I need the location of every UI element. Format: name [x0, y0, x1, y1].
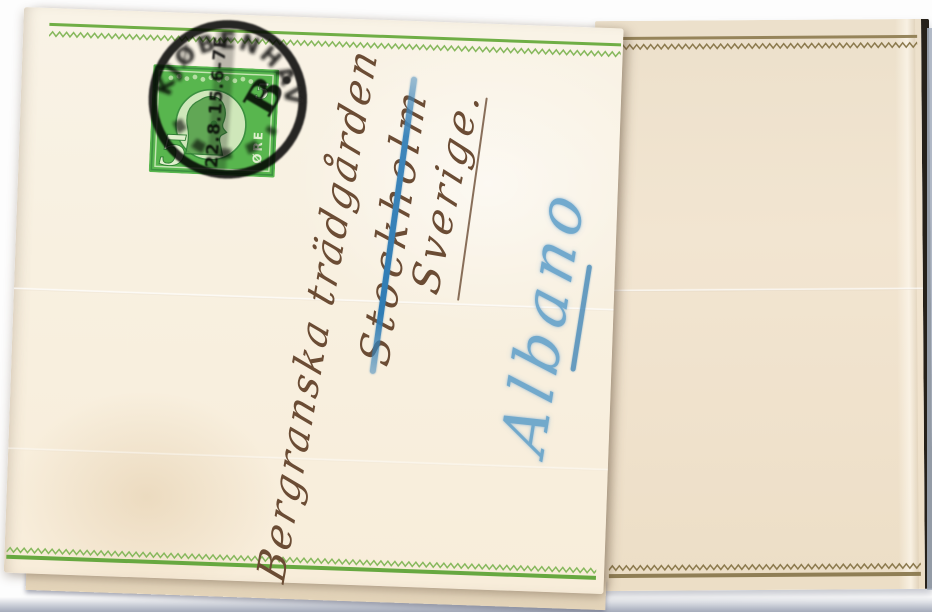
- postal-wrapper-scan: 5 5 ØRE KJØBENHAVN 22.8.15.6-7E B.: [0, 0, 932, 612]
- back-panel-fold-highlight: [895, 19, 919, 589]
- wrapper-back-panel: [595, 19, 932, 591]
- olive-border-top-line: [605, 35, 917, 40]
- postmark: KJØBENHAVN 22.8.15.6-7E B.: [135, 7, 321, 193]
- olive-border-bottom-zigzag: [609, 562, 921, 572]
- back-panel-crease: [597, 287, 923, 292]
- olive-border-top-zigzag: [605, 41, 917, 51]
- olive-border-bottom-line: [609, 572, 921, 578]
- wrapper-front-panel: 5 5 ØRE KJØBENHAVN 22.8.15.6-7E B.: [4, 7, 624, 594]
- scan-edge-sliver: [927, 28, 932, 590]
